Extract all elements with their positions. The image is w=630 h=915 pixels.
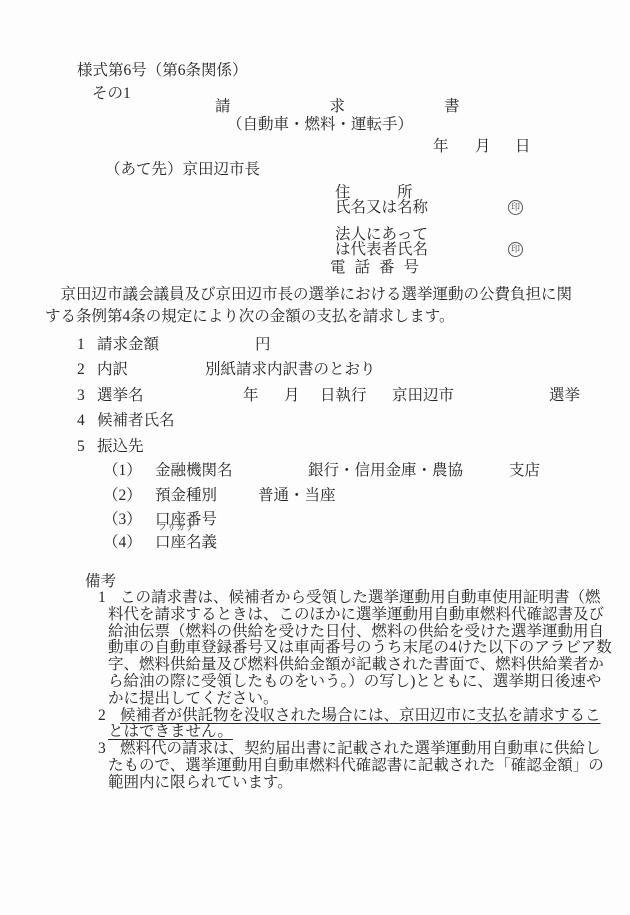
doc-title: 請求書 bbox=[215, 98, 559, 116]
name-seal-icon: 印 bbox=[508, 200, 523, 215]
note-item-3: 3 燃料代の請求は、契約届出書に記載された選挙運動用自動車に供給したもので、選挙… bbox=[98, 741, 617, 791]
subitem1-options: 銀行・信用金庫・農協 bbox=[308, 462, 463, 480]
addressee: （あて先）京田辺市長 bbox=[105, 161, 260, 179]
note3-text: 燃料代の請求は、契約届出書に記載された選挙運動用自動車に供給したもので、選挙運動… bbox=[108, 741, 613, 791]
doc-subtitle: （自動車・燃料・運転手） bbox=[227, 116, 413, 134]
item4-label: 候補者氏名 bbox=[97, 412, 175, 430]
item2-number: 2 bbox=[77, 361, 85, 379]
note1-text: この請求書は、候補者から受領した選挙運動用自動車使用証明書（燃料代を請求するとき… bbox=[108, 590, 613, 708]
note1-number: 1 bbox=[98, 590, 106, 607]
note3-number: 3 bbox=[98, 741, 106, 758]
subitem3-number: （3） bbox=[103, 511, 142, 529]
item3-number: 3 bbox=[77, 387, 85, 405]
item5-label: 振込先 bbox=[97, 438, 144, 456]
subitem1-label: 金融機関名 bbox=[155, 462, 233, 480]
representative-seal-icon: 印 bbox=[508, 242, 523, 257]
form-variant: その1 bbox=[92, 85, 131, 103]
subitem2-number: （2） bbox=[103, 487, 142, 505]
subitem1-number: （1） bbox=[103, 462, 142, 480]
document-page: 様式第6号（第6条関係） その1 請求書 （自動車・燃料・運転手） 年 月 日 … bbox=[0, 0, 630, 915]
furigana-label: フリガナ bbox=[158, 523, 196, 533]
corp-label-line2: は代表者氏名 bbox=[335, 241, 428, 259]
notes-list: 1 この請求書は、候補者から受領した選挙運動用自動車使用証明書（燃料代を請求する… bbox=[98, 590, 617, 792]
item3-year-label: 年 bbox=[243, 387, 259, 405]
date-day-label: 日 bbox=[515, 138, 531, 156]
subitem4-number: （4） bbox=[103, 534, 142, 552]
item3-city-label: 京田辺市 bbox=[392, 387, 454, 405]
phone-label: 電話番号 bbox=[330, 259, 428, 277]
item1-unit-label: 円 bbox=[255, 336, 271, 354]
item3-label: 選挙名 bbox=[97, 387, 144, 405]
item4-number: 4 bbox=[77, 412, 85, 430]
date-year-label: 年 bbox=[433, 138, 449, 156]
body-paragraph: 京田辺市議会議員及び京田辺市長の選挙における選挙運動の公費負担に関する条例第4条… bbox=[45, 284, 582, 327]
item3-election-suffix: 選挙 bbox=[549, 387, 580, 405]
subitem2-label: 預金種別 bbox=[155, 487, 217, 505]
item1-label: 請求金額 bbox=[97, 336, 159, 354]
subitem4-label: 口座名義 bbox=[155, 534, 217, 552]
note2-text: 候補者が供託物を没収された場合には、京田辺市に支払を請求することはできません。 bbox=[108, 708, 613, 742]
item2-value: 別紙請求内訳書のとおり bbox=[205, 361, 376, 379]
item2-label: 内訳 bbox=[97, 361, 128, 379]
name-label: 氏名又は名称 bbox=[335, 199, 428, 217]
item1-number: 1 bbox=[77, 336, 85, 354]
note2-number: 2 bbox=[98, 708, 106, 725]
item3-day-exec-label: 日執行 bbox=[320, 387, 367, 405]
item5-number: 5 bbox=[77, 438, 85, 456]
seal-char: 印 bbox=[511, 203, 520, 212]
subitem1-branch-suffix: 支店 bbox=[509, 462, 540, 480]
item3-month-label: 月 bbox=[284, 387, 300, 405]
form-number: 様式第6号（第6条関係） bbox=[77, 62, 248, 80]
note-item-2: 2 候補者が供託物を没収された場合には、京田辺市に支払を請求することはできません… bbox=[98, 708, 617, 742]
seal-char: 印 bbox=[511, 245, 520, 254]
subitem2-options: 普通・当座 bbox=[258, 487, 336, 505]
date-month-label: 月 bbox=[475, 138, 491, 156]
note-item-1: 1 この請求書は、候補者から受領した選挙運動用自動車使用証明書（燃料代を請求する… bbox=[98, 590, 617, 708]
